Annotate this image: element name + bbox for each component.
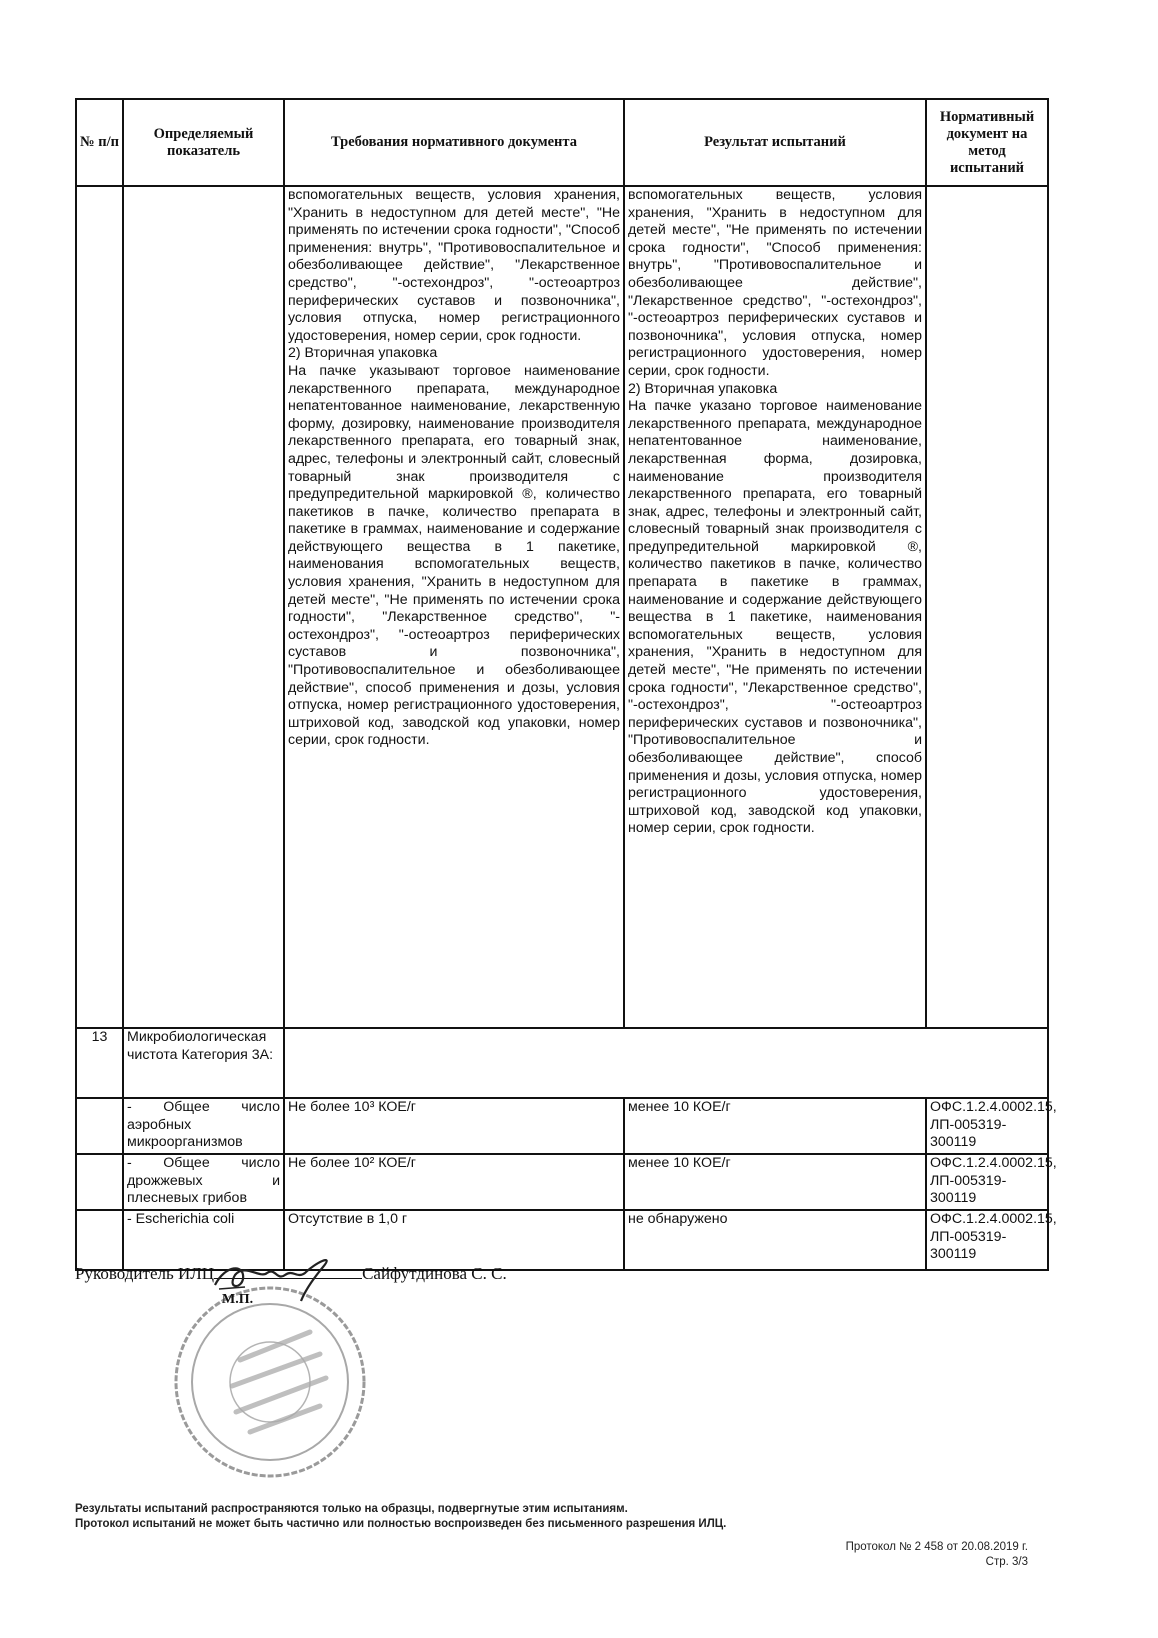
- cell-empty-span: [284, 1028, 1048, 1098]
- footer-note-2: Протокол испытаний не может быть частичн…: [75, 1517, 726, 1532]
- cell-result: не обнаружено: [624, 1210, 926, 1270]
- test-results-table: № п/п Определяемый показатель Требования…: [75, 98, 1049, 1271]
- cell-num: [76, 1210, 123, 1270]
- header-indicator: Определяемый показатель: [123, 99, 284, 186]
- cell-requirement: Не более 10³ КОЕ/г: [284, 1098, 624, 1154]
- signatory-role: Руководитель ИЛЦ: [75, 1264, 214, 1283]
- cell-method-doc: ОФС.1.2.4.0002.15, ЛП-005319-300119: [926, 1154, 1048, 1210]
- cell-num: [76, 1098, 123, 1154]
- cell-requirements: вспомогательных веществ, условия хранени…: [284, 186, 624, 1028]
- cell-result: менее 10 КОЕ/г: [624, 1154, 926, 1210]
- requirements-primary-packaging-text: вспомогательных веществ, условия хранени…: [288, 187, 620, 345]
- cell-num: [76, 1154, 123, 1210]
- cell-num: [76, 186, 123, 1028]
- header-method-doc: Нормативный документ на метод испытаний: [926, 99, 1048, 186]
- document-page: № п/п Определяемый показатель Требования…: [0, 0, 1158, 1638]
- table-row: - Общее число дрожжевых и плесневых гриб…: [76, 1154, 1048, 1210]
- cell-indicator: [123, 186, 284, 1028]
- cell-num: 13: [76, 1028, 123, 1098]
- requirements-secondary-packaging-title: 2) Вторичная упаковка: [288, 345, 620, 363]
- result-primary-packaging-text: вспомогательных веществ, условия хранени…: [628, 187, 922, 381]
- protocol-number: Протокол № 2 458 от 20.08.2019 г.: [846, 1540, 1028, 1555]
- header-result: Результат испытаний: [624, 99, 926, 186]
- footer-note-1: Результаты испытаний распространяются то…: [75, 1502, 726, 1517]
- table-header-row: № п/п Определяемый показатель Требования…: [76, 99, 1048, 186]
- requirements-secondary-packaging-text: На пачке указывают торговое наименование…: [288, 363, 620, 750]
- seal-stamp-icon: [170, 1282, 370, 1482]
- result-secondary-packaging-title: 2) Вторичная упаковка: [628, 381, 922, 399]
- cell-method-doc: ОФС.1.2.4.0002.15, ЛП-005319-300119: [926, 1098, 1048, 1154]
- table-row-continuation: вспомогательных веществ, условия хранени…: [76, 186, 1048, 1028]
- seal-label: М.П.: [222, 1292, 253, 1308]
- table-row: - Общее число аэробных микроорганизмов Н…: [76, 1098, 1048, 1154]
- cell-result: менее 10 КОЕ/г: [624, 1098, 926, 1154]
- footer-notes: Результаты испытаний распространяются то…: [75, 1502, 726, 1532]
- cell-method-doc: ОФС.1.2.4.0002.15, ЛП-005319-300119: [926, 1210, 1048, 1270]
- result-secondary-packaging-text: На пачке указано торговое наименование л…: [628, 398, 922, 838]
- cell-indicator: - Общее число дрожжевых и плесневых гриб…: [123, 1154, 284, 1210]
- cell-result: вспомогательных веществ, условия хранени…: [624, 186, 926, 1028]
- page-number: Стр. 3/3: [846, 1555, 1028, 1570]
- cell-requirement: Не более 10² КОЕ/г: [284, 1154, 624, 1210]
- cell-indicator: - Общее число аэробных микроорганизмов: [123, 1098, 284, 1154]
- cell-indicator: Микробиологическая чистота Категория 3А:: [123, 1028, 284, 1098]
- signatory-name: Сайфутдинова С. С.: [362, 1264, 507, 1283]
- header-requirements: Требования нормативного документа: [284, 99, 624, 186]
- table-row-13: 13 Микробиологическая чистота Категория …: [76, 1028, 1048, 1098]
- header-num: № п/п: [76, 99, 123, 186]
- cell-method-doc: [926, 186, 1048, 1028]
- protocol-reference: Протокол № 2 458 от 20.08.2019 г. Стр. 3…: [846, 1540, 1028, 1570]
